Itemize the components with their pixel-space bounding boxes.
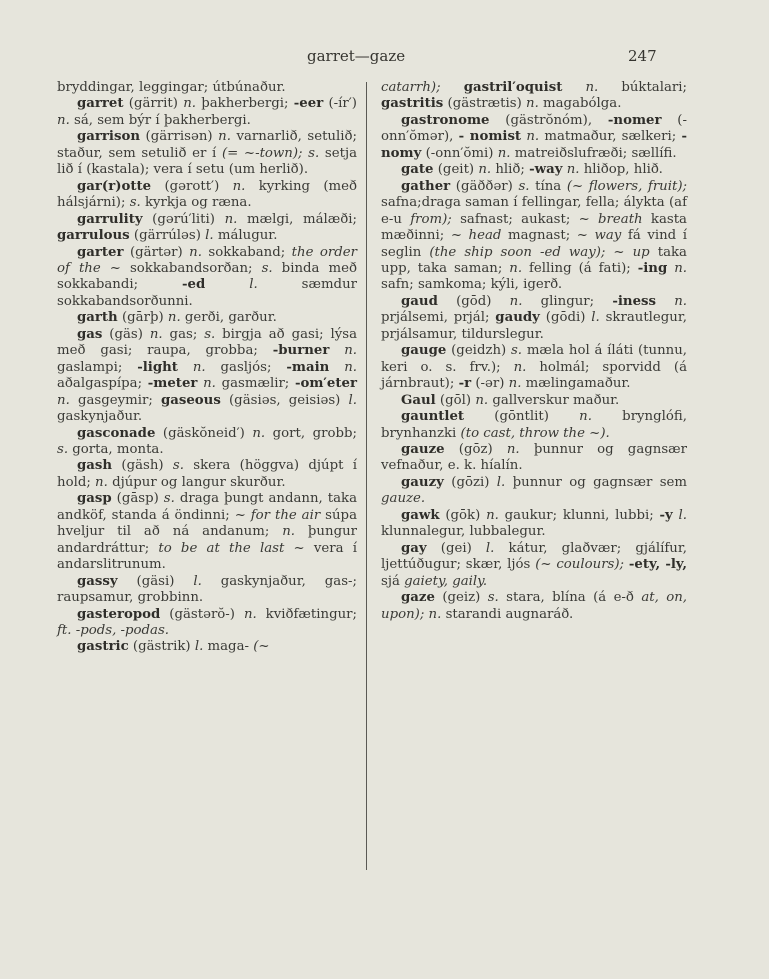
dictionary-entry: gastronome (gästrŏnóm), -nomer (-onn′ŏmə… (381, 113, 687, 162)
italic-text: s. (57, 442, 68, 457)
italic-text: n. (498, 146, 511, 161)
definition-text: mælingamaður. (521, 376, 630, 391)
headword: gaze (401, 590, 435, 605)
dictionary-entry: catarrh); gastril′oquist n. búktalari; g… (381, 80, 687, 113)
italic-text: n. (674, 294, 687, 309)
definition-text: (gäs) (102, 327, 149, 342)
italic-text: (~ flowers, fruit); (567, 179, 687, 194)
dictionary-entry: gasteropod (gästərŏ-) n. kviðfætingur; f… (57, 607, 357, 640)
headword: gauze (401, 442, 445, 457)
definition-text: bryddingar, leggingar; útbúnaður. (57, 80, 286, 95)
dictionary-entry: Gaul (gōl) n. gallverskur maður. (381, 393, 687, 409)
definition-text: (gäsiəs, geisiəs) (221, 393, 349, 408)
definition-text: stara, blína (á e-ð (499, 590, 642, 605)
definition-text: þakherbergi; (196, 96, 294, 111)
dictionary-entry: gauntlet (gōntlit) n. brynglófi, brynhan… (381, 409, 687, 442)
italic-text: n. (168, 310, 181, 325)
definition-text: (gästərŏ-) (160, 607, 244, 622)
italic-text: s. (130, 195, 141, 210)
definition-text: sokkaband; (202, 245, 292, 260)
definition-text: starandi augnaráð. (441, 607, 573, 622)
headword: gastril′oquist (464, 80, 563, 95)
headword: gay (401, 541, 427, 556)
dictionary-entry: garrison (gärrisən) n. varnarlið, setuli… (57, 129, 357, 178)
definition-text: (gästrik) (129, 639, 195, 654)
headword: -ety, -ly, (629, 557, 687, 572)
headword: gas (77, 327, 102, 342)
italic-text: to be at the last ~ (158, 541, 304, 556)
definition-text: tína (530, 179, 567, 194)
definition-text (329, 360, 344, 375)
definition-text (178, 360, 193, 375)
definition-text: (gərott′) (151, 179, 232, 194)
italic-text: (= ~-town); s. (222, 146, 319, 161)
italic-text: n. (478, 162, 491, 177)
headword: -main (286, 360, 329, 375)
italic-text: n. (203, 376, 216, 391)
dictionary-entry: gawk (gōk) n. gaukur; klunni, lubbi; -y … (381, 508, 687, 541)
italic-text: s. (511, 343, 522, 358)
headword: -r (459, 376, 472, 391)
definition-text: (-onn′ŏmi) (421, 146, 497, 161)
dictionary-page: garret—gaze 247 bryddingar, leggingar; ú… (0, 0, 769, 979)
italic-text: gauze. (381, 491, 425, 506)
definition-text: (gärtər) (124, 245, 190, 260)
italic-text: n. (252, 426, 265, 441)
dictionary-entry: gastric (gästrik) l. maga- (~ (57, 639, 357, 655)
headword: gasteropod (77, 607, 160, 622)
definition-text: (geiz) (435, 590, 488, 605)
definition-text: djúpur og langur skurður. (108, 475, 286, 490)
dictionary-entry: gash (gäsh) s. skera (höggva) djúpt í ho… (57, 458, 357, 491)
italic-text: n. (57, 113, 70, 128)
definition-text: gasmælir; (216, 376, 295, 391)
italic-text: n. (225, 212, 238, 227)
column-divider (366, 82, 367, 870)
definition-text: (gäððər) (450, 179, 518, 194)
headword: -burner (273, 343, 330, 358)
dictionary-entry: gay (gei) l. kátur, glaðvær; gjálífur, l… (381, 541, 687, 590)
definition-text: matmaður, sælkeri; (539, 129, 681, 144)
definition-text: (gei) (427, 541, 486, 556)
definition-text: gorta, monta. (68, 442, 164, 457)
definition-text: gas; (163, 327, 205, 342)
italic-text: s. (488, 590, 499, 605)
definition-text: gaukur; klunni, lubbi; (499, 508, 660, 523)
definition-text (205, 277, 249, 292)
italic-text: n. (514, 360, 527, 375)
dictionary-entry: garter (gärtər) n. sokkaband; the order … (57, 245, 357, 311)
headword: gaseous (161, 393, 221, 408)
definition-text: kyrkja og ræna. (141, 195, 252, 210)
definition-text: (gästrŏnóm), (489, 113, 607, 128)
headword: gasp (77, 491, 112, 506)
headword: - nomist (459, 129, 521, 144)
italic-text: n. (344, 360, 357, 375)
definition-text (562, 80, 585, 95)
italic-text: l. (349, 393, 357, 408)
headword: -y (659, 508, 672, 523)
italic-text: s. (204, 327, 215, 342)
dictionary-entry: gas (gäs) n. gas; s. birgja að gasi; lýs… (57, 327, 357, 426)
running-head-title: garret—gaze (307, 47, 405, 65)
italic-text: n. (233, 179, 246, 194)
headword: -ing (638, 261, 668, 276)
italic-text: n. (282, 524, 295, 539)
dictionary-entry: gaze (geiz) s. stara, blína (á e-ð at, o… (381, 590, 687, 623)
definition-text: felling (á fati); (522, 261, 638, 276)
headword: garrison (77, 129, 140, 144)
italic-text: n. (526, 129, 539, 144)
italic-text: s. (173, 458, 184, 473)
italic-text: s. (164, 491, 175, 506)
definition-text: sokkabandsorðan; (121, 261, 262, 276)
definition-text: gaskynjaður. (57, 409, 142, 424)
definition-text: (gōz) (445, 442, 507, 457)
definition-text: prjálsemi, prjál; (381, 310, 495, 325)
definition-text: (gäsh) (112, 458, 173, 473)
definition-text: gasgeymir; (70, 393, 161, 408)
headword: -om′eter (295, 376, 357, 391)
definition-text: safn; samkoma; kýli, igerð. (381, 277, 562, 292)
italic-text: n. (183, 96, 196, 111)
definition-text: gort, grobb; (265, 426, 357, 441)
definition-text (656, 294, 674, 309)
italic-text: gaiety, gaily. (404, 574, 487, 589)
definition-text (329, 343, 344, 358)
italic-text: (to cast, throw the ~). (461, 426, 610, 441)
dictionary-entry: gasconade (gäskŏneid′) n. gort, grobb; s… (57, 426, 357, 459)
definition-text: (gōzi) (444, 475, 497, 490)
headword: gastritis (381, 96, 443, 111)
italic-text: n. (509, 261, 522, 276)
italic-text: n. (57, 393, 70, 408)
headword: gastronome (401, 113, 489, 128)
italic-text: n. (244, 607, 257, 622)
headword: gastric (77, 639, 129, 654)
headword: gate (401, 162, 434, 177)
headword: gasconade (77, 426, 155, 441)
italic-text: n. (585, 80, 598, 95)
headword: -meter (148, 376, 198, 391)
definition-text: (gäskŏneid′) (155, 426, 252, 441)
definition-text: (gārþ) (118, 310, 168, 325)
definition-text: gaslampi; (57, 360, 137, 375)
italic-text: ft. -pods, -podas. (57, 623, 169, 638)
italic-text: ~ breath (579, 212, 643, 227)
dictionary-entry: gather (gäððər) s. tína (~ flowers, frui… (381, 179, 687, 294)
headword: gash (77, 458, 112, 473)
headword: garter (77, 245, 124, 260)
headword: -eer (294, 96, 323, 111)
definition-text: búktalari; (598, 80, 687, 95)
italic-text: n. (579, 409, 592, 424)
definition-text: hlið; (491, 162, 529, 177)
dictionary-entry: gauge (geidzh) s. mæla hol á íláti (tunn… (381, 343, 687, 392)
headword: gather (401, 179, 450, 194)
definition-text: (geidzh) (446, 343, 511, 358)
definition-text: (gōntlit) (464, 409, 579, 424)
dictionary-entry: gauze (gōz) n. þunnur og gagnsær vefnaðu… (381, 442, 687, 475)
italic-text: n. (193, 360, 206, 375)
italic-text: n. (507, 442, 520, 457)
definition-text: gallverskur maður. (488, 393, 619, 408)
definition-text: klunnalegur, lubbalegur. (381, 524, 546, 539)
headword: Gaul (401, 393, 436, 408)
italic-text: s. (262, 261, 273, 276)
italic-text: n. (95, 475, 108, 490)
italic-text: l. (679, 508, 687, 523)
definition-text: (-ír′) (323, 96, 357, 111)
definition-text: (gāsp) (112, 491, 164, 506)
definition-text (441, 80, 464, 95)
definition-text: aðalgaspípa; (57, 376, 148, 391)
definition-text: glingur; (522, 294, 612, 309)
definition-text: (geit) (434, 162, 479, 177)
definition-text: (gōl) (436, 393, 476, 408)
italic-text: l. (249, 277, 257, 292)
definition-text: (gärrit) (124, 96, 184, 111)
definition-text: þunnur og gagnsær sem (505, 475, 687, 490)
dictionary-entry: garth (gārþ) n. gerði, garður. (57, 310, 357, 326)
definition-text: (gärrúləs) (130, 228, 206, 243)
dictionary-entry: gassy (gäsi) l. gaskynjaður, gas-; raups… (57, 574, 357, 607)
headword: -ed (182, 277, 205, 292)
definition-text: kviðfætingur; (257, 607, 357, 622)
definition-text: (gärrisən) (140, 129, 218, 144)
italic-text: n. (510, 294, 523, 309)
italic-text: (the ship soon -ed way); ~ up (429, 245, 649, 260)
italic-text: n. (526, 96, 539, 111)
italic-text: n. (189, 245, 202, 260)
italic-text: l. (591, 310, 599, 325)
definition-text: gerði, garður. (181, 310, 277, 325)
headword: gar(r)otte (77, 179, 151, 194)
definition-text: gasljós; (206, 360, 287, 375)
definition-text: (gərú′liti) (143, 212, 225, 227)
definition-text: sá, sem býr í þakherbergi. (70, 113, 251, 128)
italic-text: n. (674, 261, 687, 276)
italic-text: n. (218, 129, 231, 144)
headword: -iness (612, 294, 656, 309)
headword: garrulity (77, 212, 143, 227)
definition-text: sjá (381, 574, 404, 589)
page-number: 247 (628, 47, 657, 65)
italic-text: from); (410, 212, 452, 227)
dictionary-entry: bryddingar, leggingar; útbúnaður. (57, 80, 357, 96)
italic-text: ~ head (451, 228, 502, 243)
right-column: catarrh); gastril′oquist n. búktalari; g… (381, 80, 687, 623)
italic-text: n. (344, 343, 357, 358)
dictionary-entry: gate (geit) n. hlið; -way n. hliðop, hli… (381, 162, 687, 178)
italic-text: catarrh); (381, 80, 441, 95)
italic-text: n. (567, 162, 580, 177)
definition-text: (gōd) (438, 294, 510, 309)
definition-text: (-ər) (471, 376, 509, 391)
headword: gauzy (401, 475, 444, 490)
definition-text: safnast; aukast; (452, 212, 579, 227)
headword: garth (77, 310, 118, 325)
definition-text: mælgi, málæði; (237, 212, 357, 227)
headword: garret (77, 96, 124, 111)
italic-text: s. (518, 179, 529, 194)
italic-text: n. (509, 376, 522, 391)
headword: gaudy (495, 310, 540, 325)
headword: gaud (401, 294, 438, 309)
dictionary-entry: gaud (gōd) n. glingur; -iness n. prjálse… (381, 294, 687, 343)
headword: gauntlet (401, 409, 464, 424)
headword: gauge (401, 343, 446, 358)
definition-text: (gäsi) (118, 574, 194, 589)
dictionary-entry: gar(r)otte (gərott′) n. kyrking (með hál… (57, 179, 357, 212)
italic-text: n. (150, 327, 163, 342)
italic-text: l. (205, 228, 213, 243)
italic-text: n. (486, 508, 499, 523)
definition-text: magnast; (501, 228, 576, 243)
headword: -light (137, 360, 178, 375)
headword: -nomer (608, 113, 662, 128)
italic-text: (~ (253, 639, 269, 654)
italic-text: n. (475, 393, 488, 408)
definition-text: (gōdi) (540, 310, 591, 325)
dictionary-entry: gauzy (gōzi) l. þunnur og gagnsær sem ga… (381, 475, 687, 508)
dictionary-entry: gasp (gāsp) s. draga þungt andann, taka … (57, 491, 357, 573)
italic-text: ~ for the air (235, 508, 321, 523)
dictionary-entry: garrulity (gərú′liti) n. mælgi, málæði; … (57, 212, 357, 245)
definition-text: málugur. (214, 228, 278, 243)
italic-text: ~ way (577, 228, 622, 243)
headword: gassy (77, 574, 118, 589)
definition-text: hliðop, hlið. (579, 162, 662, 177)
headword: gawk (401, 508, 440, 523)
definition-text: maga- (203, 639, 253, 654)
left-column: bryddingar, leggingar; útbúnaður.garret … (57, 80, 357, 656)
definition-text: (gästrætis) (443, 96, 526, 111)
italic-text: l. (497, 475, 505, 490)
italic-text: l. (193, 574, 201, 589)
dictionary-entry: garret (gärrit) n. þakherbergi; -eer (-í… (57, 96, 357, 129)
headword: garrulous (57, 228, 130, 243)
headword: -way (529, 162, 562, 177)
definition-text: matreiðslufræði; sællífi. (510, 146, 676, 161)
definition-text: magabólga. (539, 96, 622, 111)
definition-text: (gōk) (440, 508, 487, 523)
italic-text: (~ coulours); (535, 557, 624, 572)
